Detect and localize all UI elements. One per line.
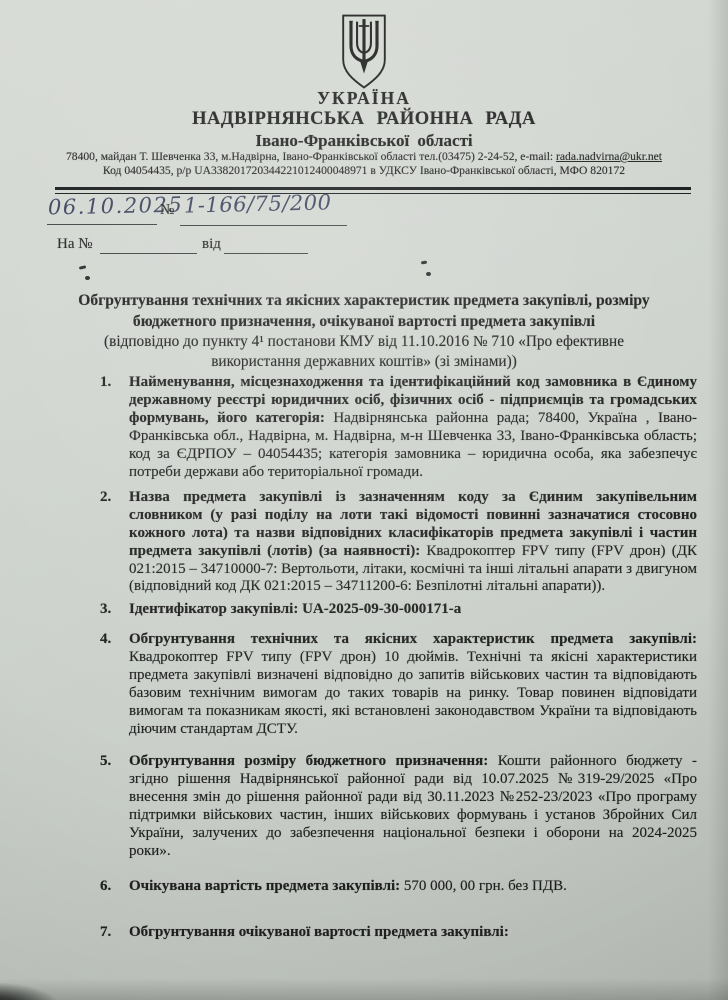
item-lead: Обгрунтування технічних та якісних харак…: [129, 631, 697, 647]
item-number: 6.: [100, 878, 111, 896]
item-number: 4.: [100, 631, 111, 649]
header-country: УКРАЇНА: [0, 88, 728, 109]
item-text: Найменування, місцезнаходження та іденти…: [129, 374, 697, 481]
reply-number-underline: [100, 253, 197, 254]
item-lead: Обгрунтування розміру бюджетного признач…: [129, 753, 488, 769]
item-number: 2.: [100, 489, 111, 507]
date-underline: [47, 224, 157, 225]
header-address: 78400, майдан Т. Шевченка 33, м.Надвірна…: [66, 150, 556, 163]
emblem-container: [0, 13, 728, 96]
title-subtitle-line: використання державних коштів» (зі зміна…: [54, 352, 674, 372]
header-contact-line: 78400, майдан Т. Шевченка 33, м.Надвірна…: [0, 150, 728, 163]
reply-date-label: від: [202, 236, 221, 253]
item-body: 570 000, 00 грн. без ПДВ.: [400, 878, 567, 894]
item-text: Обгрунтування очікуваної вартості предме…: [129, 924, 697, 942]
list-item-2: 2. Назва предмета закупівлі із зазначенн…: [100, 489, 697, 596]
item-lead: Очікувана вартість предмета закупівлі:: [129, 878, 400, 894]
list-item-3: 3. Ідентифікатор закупівлі: UA-2025-09-3…: [100, 601, 697, 619]
list-item-6: 6. Очікувана вартість предмета закупівлі…: [100, 878, 697, 896]
reply-date-underline: [224, 253, 308, 254]
list-item-7: 7. Обгрунтування очікуваної вартості пре…: [100, 924, 697, 942]
list-item-5: 5. Обгрунтування розміру бюджетного приз…: [100, 753, 697, 860]
list-item-1: 1. Найменування, місцезнаходження та іде…: [100, 374, 697, 481]
header-email-link: rada.nadvirna@ukr.net: [556, 150, 662, 163]
tryzub-coat-of-arms-icon: [338, 13, 390, 96]
list-item-4: 4. Обгрунтування технічних та якісних ха…: [100, 631, 697, 738]
ink-mark: [85, 276, 90, 280]
document-title: Обгрунтування технічних та якісних харак…: [54, 291, 674, 372]
item-lead: Обгрунтування очікуваної вартості предме…: [129, 924, 509, 940]
title-line: бюджетного призначення, очікуваної варто…: [54, 312, 674, 333]
header-region: Івано-Франківської області: [0, 131, 728, 151]
number-sign-label: №: [160, 202, 174, 219]
ink-mark: [426, 272, 431, 276]
scanned-document-page: УКРАЇНА НАДВІРНЯНСЬКА РАЙОННА РАДА Івано…: [0, 0, 728, 1000]
items-list: 1. Найменування, місцезнаходження та іде…: [100, 374, 697, 942]
reply-number-label: На №: [57, 236, 93, 253]
item-body: Квадрокоптер FPV типу (FPV дрон) 10 дюйм…: [129, 649, 697, 737]
item-text: Обгрунтування технічних та якісних харак…: [129, 631, 697, 738]
number-underline: [180, 225, 347, 226]
item-lead: Ідентифікатор закупівлі: UA-2025-09-30-0…: [129, 601, 461, 617]
header-bank-line: Код 04054435, р/р UA33820172034422101240…: [0, 164, 728, 177]
item-number: 1.: [100, 374, 111, 392]
item-text: Ідентифікатор закупівлі: UA-2025-09-30-0…: [129, 601, 697, 619]
item-number: 5.: [100, 753, 111, 771]
item-text: Назва предмета закупівлі із зазначенням …: [129, 489, 697, 596]
handwritten-outgoing-number: 1-166/75/200: [184, 190, 332, 217]
ink-mark: [421, 260, 427, 264]
header-council-name: НАДВІРНЯНСЬКА РАЙОННА РАДА: [0, 109, 728, 130]
title-subtitle-line: (відповідно до пункту 4¹ постанови КМУ в…: [54, 332, 674, 352]
item-number: 3.: [100, 601, 111, 619]
title-line: Обгрунтування технічних та якісних харак…: [54, 291, 674, 312]
item-number: 7.: [100, 924, 111, 942]
ink-mark: [79, 265, 86, 269]
item-text: Очікувана вартість предмета закупівлі: 5…: [129, 878, 697, 896]
item-text: Обгрунтування розміру бюджетного признач…: [129, 753, 697, 860]
